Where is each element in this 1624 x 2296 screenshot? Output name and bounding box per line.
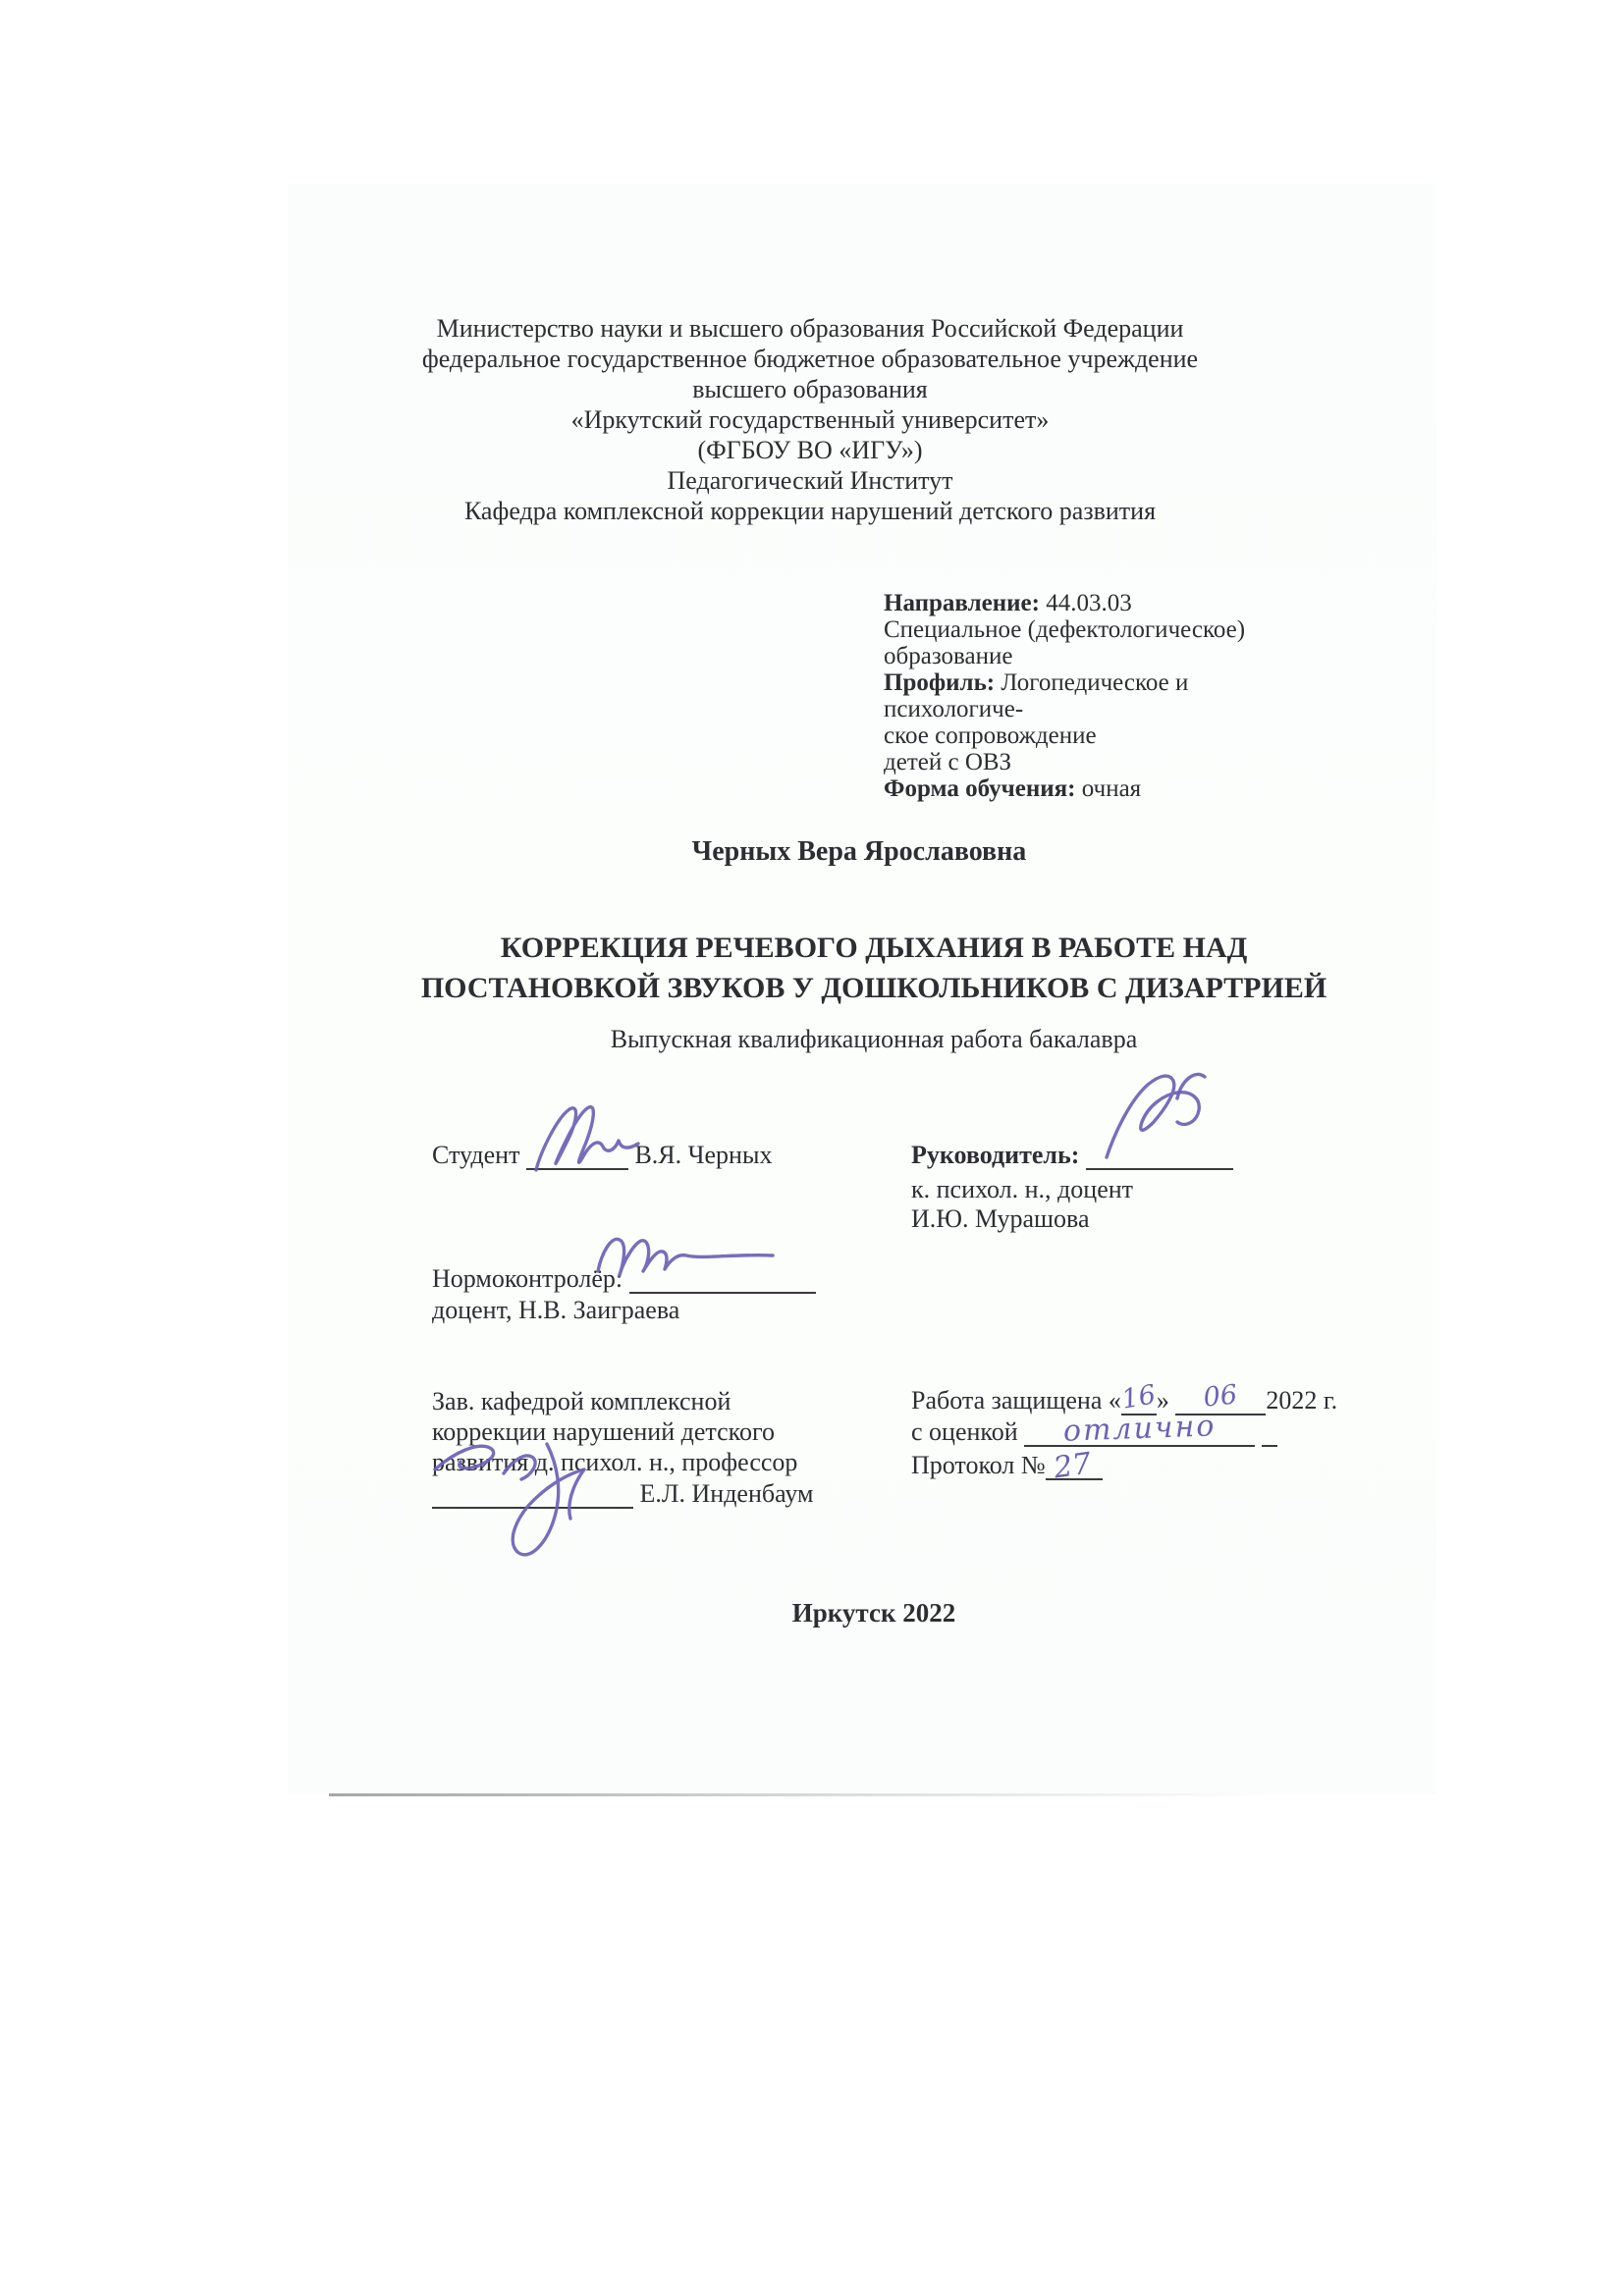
student-label: Студент bbox=[432, 1141, 519, 1169]
header-line-ministry: Министерство науки и высшего образования… bbox=[236, 313, 1384, 344]
grade-blank-extra bbox=[1262, 1417, 1277, 1447]
header-line-abbrev: (ФГБОУ ВО «ИГУ») bbox=[236, 435, 1384, 465]
student-name: В.Я. Черных bbox=[634, 1141, 772, 1169]
program-profile-line: ское сопровождение bbox=[884, 722, 1326, 749]
scanned-thesis-title-page: { "colors": { "ink": "#6c61b5", "text": … bbox=[0, 0, 1624, 2296]
student-signature-line bbox=[526, 1141, 628, 1170]
scanned-sheet: Министерство науки и высшего образования… bbox=[288, 184, 1436, 1794]
thesis-title-line2: ПОСТАНОВКОЙ ЗВУКОВ У ДОШКОЛЬНИКОВ С ДИЗА… bbox=[299, 968, 1448, 1008]
grade-blank: отлично bbox=[1024, 1417, 1255, 1447]
supervisor-degree: к. психол. н., доцент bbox=[911, 1175, 1133, 1204]
program-profile-line: Профиль: Логопедическое и психологиче- bbox=[884, 669, 1326, 722]
normcontrol-label: Нормоконтролёр: bbox=[432, 1264, 623, 1293]
supervisor-signature-line bbox=[1086, 1141, 1233, 1170]
student-signature-row: Студент В.Я. Черных bbox=[432, 1141, 772, 1170]
university-header: Министерство науки и высшего образования… bbox=[236, 313, 1384, 526]
grade-prefix: с оценкой bbox=[911, 1417, 1024, 1446]
protocol-blank: 27 bbox=[1046, 1451, 1103, 1480]
author-name: Черных Вера Ярославовна bbox=[285, 836, 1434, 868]
header-line-institute: Педагогический Институт bbox=[236, 465, 1384, 496]
program-direction-line: Направление: 44.03.03 bbox=[884, 590, 1326, 616]
defense-grade-row: с оценкой отлично bbox=[911, 1417, 1277, 1447]
header-line-university: «Иркутский государственный университет» bbox=[236, 404, 1384, 435]
handwritten-month: 06 bbox=[1203, 1381, 1239, 1412]
supervisor-name: И.Ю. Мурашова bbox=[911, 1204, 1090, 1234]
normcontrol-signature-line bbox=[629, 1264, 816, 1294]
dept-head-line1: Зав. кафедрой комплексной bbox=[432, 1386, 797, 1416]
supervisor-signature-row: Руководитель: bbox=[911, 1141, 1233, 1170]
handwritten-grade: отлично bbox=[1062, 1413, 1216, 1445]
normcontrol-signature-row: Нормоконтролёр: bbox=[432, 1264, 816, 1294]
dept-head-line2: коррекции нарушений детского bbox=[432, 1416, 797, 1447]
handwritten-protocol-number: 27 bbox=[1052, 1450, 1093, 1482]
dept-head-line3: развития д. психол. н., профессор bbox=[432, 1447, 797, 1477]
program-profile-line: детей с ОВЗ bbox=[884, 749, 1326, 775]
thesis-subtitle: Выпускная квалификационная работа бакала… bbox=[299, 1025, 1448, 1054]
program-info-block: Направление: 44.03.03 Специальное (дефек… bbox=[884, 590, 1326, 802]
defense-prefix: Работа защищена « bbox=[911, 1386, 1121, 1415]
program-direction-line: образование bbox=[884, 643, 1326, 669]
protocol-prefix: Протокол № bbox=[911, 1451, 1046, 1479]
handwritten-day: 16 bbox=[1119, 1381, 1158, 1415]
normcontrol-person: доцент, Н.В. Заиграева bbox=[432, 1296, 679, 1325]
header-line-department: Кафедра комплексной коррекции нарушений … bbox=[236, 496, 1384, 526]
program-direction-line: Специальное (дефектологическое) bbox=[884, 616, 1326, 643]
thesis-title-line1: КОРРЕКЦИЯ РЕЧЕВОГО ДЫХАНИЯ В РАБОТЕ НАД bbox=[299, 928, 1448, 968]
header-line-higher-ed: высшего образования bbox=[236, 374, 1384, 404]
dept-head-name: Е.Л. Инденбаум bbox=[640, 1479, 814, 1508]
thesis-title: КОРРЕКЦИЯ РЕЧЕВОГО ДЫХАНИЯ В РАБОТЕ НАД … bbox=[299, 928, 1448, 1008]
program-form-line: Форма обучения: очная bbox=[884, 775, 1326, 802]
header-line-federal: федеральное государственное бюджетное об… bbox=[236, 344, 1384, 374]
defense-protocol-row: Протокол №27 bbox=[911, 1451, 1103, 1480]
supervisor-label: Руководитель: bbox=[911, 1141, 1079, 1169]
dept-head-signature-line bbox=[432, 1479, 633, 1509]
dept-head-signature-row: Е.Л. Инденбаум bbox=[432, 1479, 813, 1509]
city-year: Иркутск 2022 bbox=[299, 1598, 1448, 1629]
defense-year: 2022 г. bbox=[1266, 1386, 1337, 1415]
dept-head-block: Зав. кафедрой комплексной коррекции нару… bbox=[432, 1386, 797, 1477]
